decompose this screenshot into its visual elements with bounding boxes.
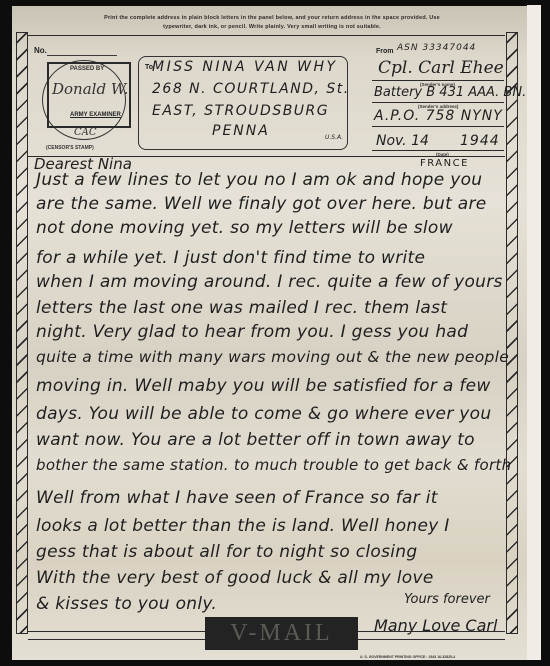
sender-address-line (372, 102, 504, 103)
letter-line: & kisses to you only. (36, 594, 217, 614)
printer-imprint: U. S. GOVERNMENT PRINTING OFFICE : 1943 … (360, 655, 455, 659)
letter-line: for a while yet. I just don't find time … (36, 248, 425, 268)
recipient-street: 268 N. COURTLAND, St. (152, 81, 350, 97)
letter-signature: Many Love Carl (374, 616, 497, 635)
vmail-letter-sheet: Print the complete address in plain bloc… (12, 6, 532, 660)
recipient-state: PENNA (212, 123, 270, 139)
letter-line: days. You will be able to come & go wher… (36, 404, 491, 424)
scan-edge (527, 5, 541, 660)
recipient-city: EAST, STROUDSBURG (152, 103, 329, 119)
number-line (47, 55, 117, 56)
letter-line: when I am moving around. I rec. quite a … (36, 272, 503, 292)
recipient-country: U.S.A. (325, 134, 343, 141)
letter-date: Nov. 14 (376, 133, 429, 149)
letter-year: 1944 (460, 133, 500, 149)
letter-line: are the same. Well we finaly got over he… (36, 194, 487, 214)
number-label: No. (34, 46, 47, 55)
from-label: From (376, 48, 394, 55)
letter-line: looks a lot better than the is land. Wel… (36, 516, 450, 536)
letter-line: moving in. Well maby you will be satisfi… (36, 376, 491, 396)
vmail-badge: V-MAIL (205, 617, 358, 650)
letter-line: gess that is about all for to night so c… (36, 542, 417, 562)
letter-line: not done moving yet. so my letters will … (36, 218, 453, 238)
censor-signature: Donald W. (52, 80, 128, 98)
sender-name: Cpl. Carl Ehee (378, 58, 504, 78)
letter-line: Just a few lines to let you no I am ok a… (36, 170, 482, 190)
sender-apo-line (372, 126, 504, 127)
censor-stamp-bottom-text: ARMY EXAMINER (70, 112, 121, 118)
censor-stamp-top-text: PASSED BY (70, 66, 104, 72)
letter-line: Well from what I have seen of France so … (36, 488, 438, 508)
letter-line: night. Very glad to hear from you. I ges… (36, 322, 468, 342)
date-line (372, 150, 504, 151)
right-hatched-border (506, 32, 518, 634)
sender-apo: A.P.O. 758 NYNY (374, 108, 503, 124)
letter-place: FRANCE (420, 158, 469, 169)
left-hatched-border (16, 32, 28, 634)
letter-line: letters the last one was mailed I rec. t… (36, 298, 447, 318)
letter-line: bother the same station. to much trouble… (36, 456, 511, 474)
form-instructions: Print the complete address in plain bloc… (92, 14, 452, 32)
recipient-name: MISS NINA VAN WHY (152, 59, 338, 75)
letter-line: quite a time with many wars moving out &… (36, 348, 509, 366)
censor-initials: CAC (74, 127, 97, 138)
letter-line: want now. You are a lot better off in to… (36, 430, 475, 450)
divider (28, 35, 505, 36)
letter-closing: Yours forever (404, 592, 490, 607)
sender-unit: Battery B 431 AAA. BN. (374, 85, 526, 100)
letter-line: With the very best of good luck & all my… (36, 568, 434, 588)
sender-name-line (372, 80, 504, 81)
sender-serial-number: ASN 33347044 (397, 43, 476, 53)
censor-stamp-caption: (CENSOR'S STAMP) (46, 145, 94, 151)
